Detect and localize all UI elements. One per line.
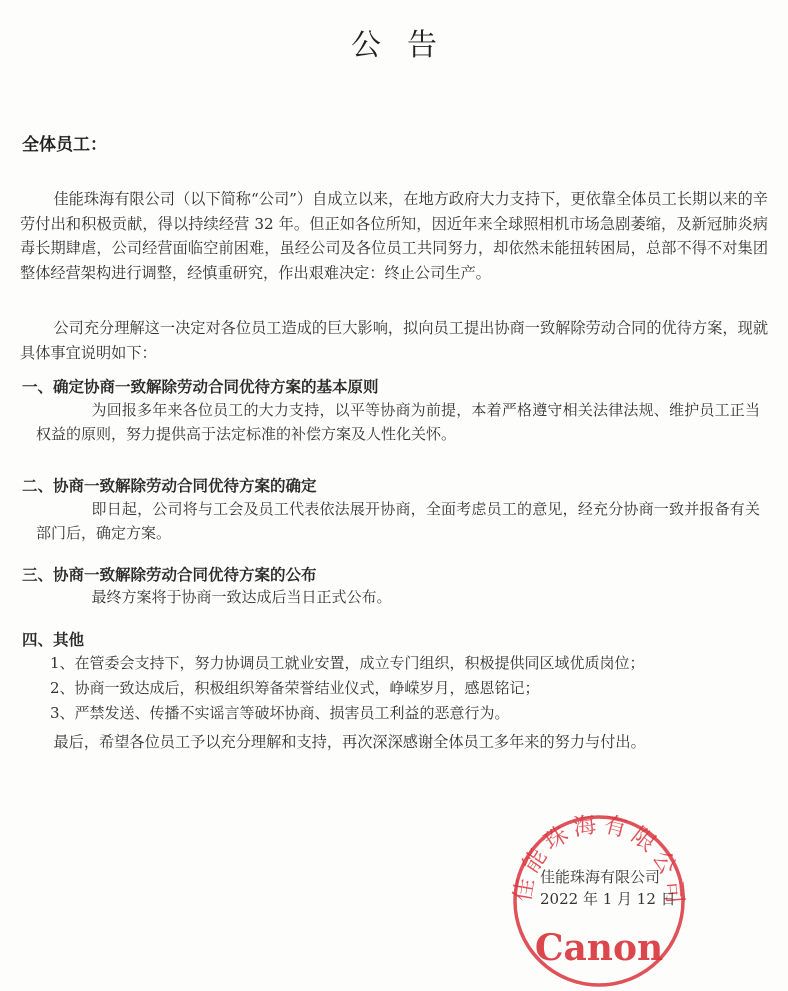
section-3-body: 最终方案将于协商一致达成后当日正式公布。 xyxy=(36,585,760,609)
list-item: 2、协商一致达成后，积极组织筹备荣誉结业仪式，峥嵘岁月，感恩铭记； xyxy=(50,676,770,701)
section-4-heading: 四、其他 xyxy=(22,628,84,650)
seal-logo-text: Canon xyxy=(535,927,663,969)
signature-company: 佳能珠海有限公司 xyxy=(540,866,676,888)
section-3-heading: 三、协商一致解除劳动合同优待方案的公布 xyxy=(22,563,317,585)
intro-paragraph: 佳能珠海有限公司（以下简称“公司”）自成立以来，在地方政府大力支持下，更依靠全体… xyxy=(20,187,768,285)
section-2-heading: 二、协商一致解除劳动合同优待方案的确定 xyxy=(22,474,317,496)
signature-block: 佳能珠海有限公司 2022 年 1 月 12 日 xyxy=(540,866,676,910)
section-4-list: 1、在管委会支持下，努力协调员工就业安置，成立专门组织，积极提供同区域优质岗位；… xyxy=(50,651,770,726)
section-2-body: 即日起，公司将与工会及员工代表依法展开协商，全面考虑员工的意见，经充分协商一致并… xyxy=(36,497,760,545)
explanation-paragraph: 公司充分理解这一决定对各位员工造成的巨大影响，拟向员工提出协商一致解除劳动合同的… xyxy=(20,316,768,365)
salutation: 全体员工： xyxy=(22,130,107,155)
section-1-heading: 一、确定协商一致解除劳动合同优待方案的基本原则 xyxy=(22,375,379,397)
announcement-page: 公告 全体员工： 佳能珠海有限公司（以下简称“公司”）自成立以来，在地方政府大力… xyxy=(0,0,788,991)
list-item: 3、严禁发送、传播不实谣言等破坏协商、损害员工利益的恶意行为。 xyxy=(50,701,770,726)
signature-date: 2022 年 1 月 12 日 xyxy=(540,888,676,910)
page-title: 公告 xyxy=(0,20,788,64)
section-1-body: 为回报多年来各位员工的大力支持，以平等协商为前提，本着严格遵守相关法律法规、维护… xyxy=(36,398,760,446)
closing-paragraph: 最后，希望各位员工予以充分理解和支持，再次深深感谢全体员工多年来的努力与付出。 xyxy=(20,730,780,754)
list-item: 1、在管委会支持下，努力协调员工就业安置，成立专门组织，积极提供同区域优质岗位； xyxy=(50,651,770,676)
